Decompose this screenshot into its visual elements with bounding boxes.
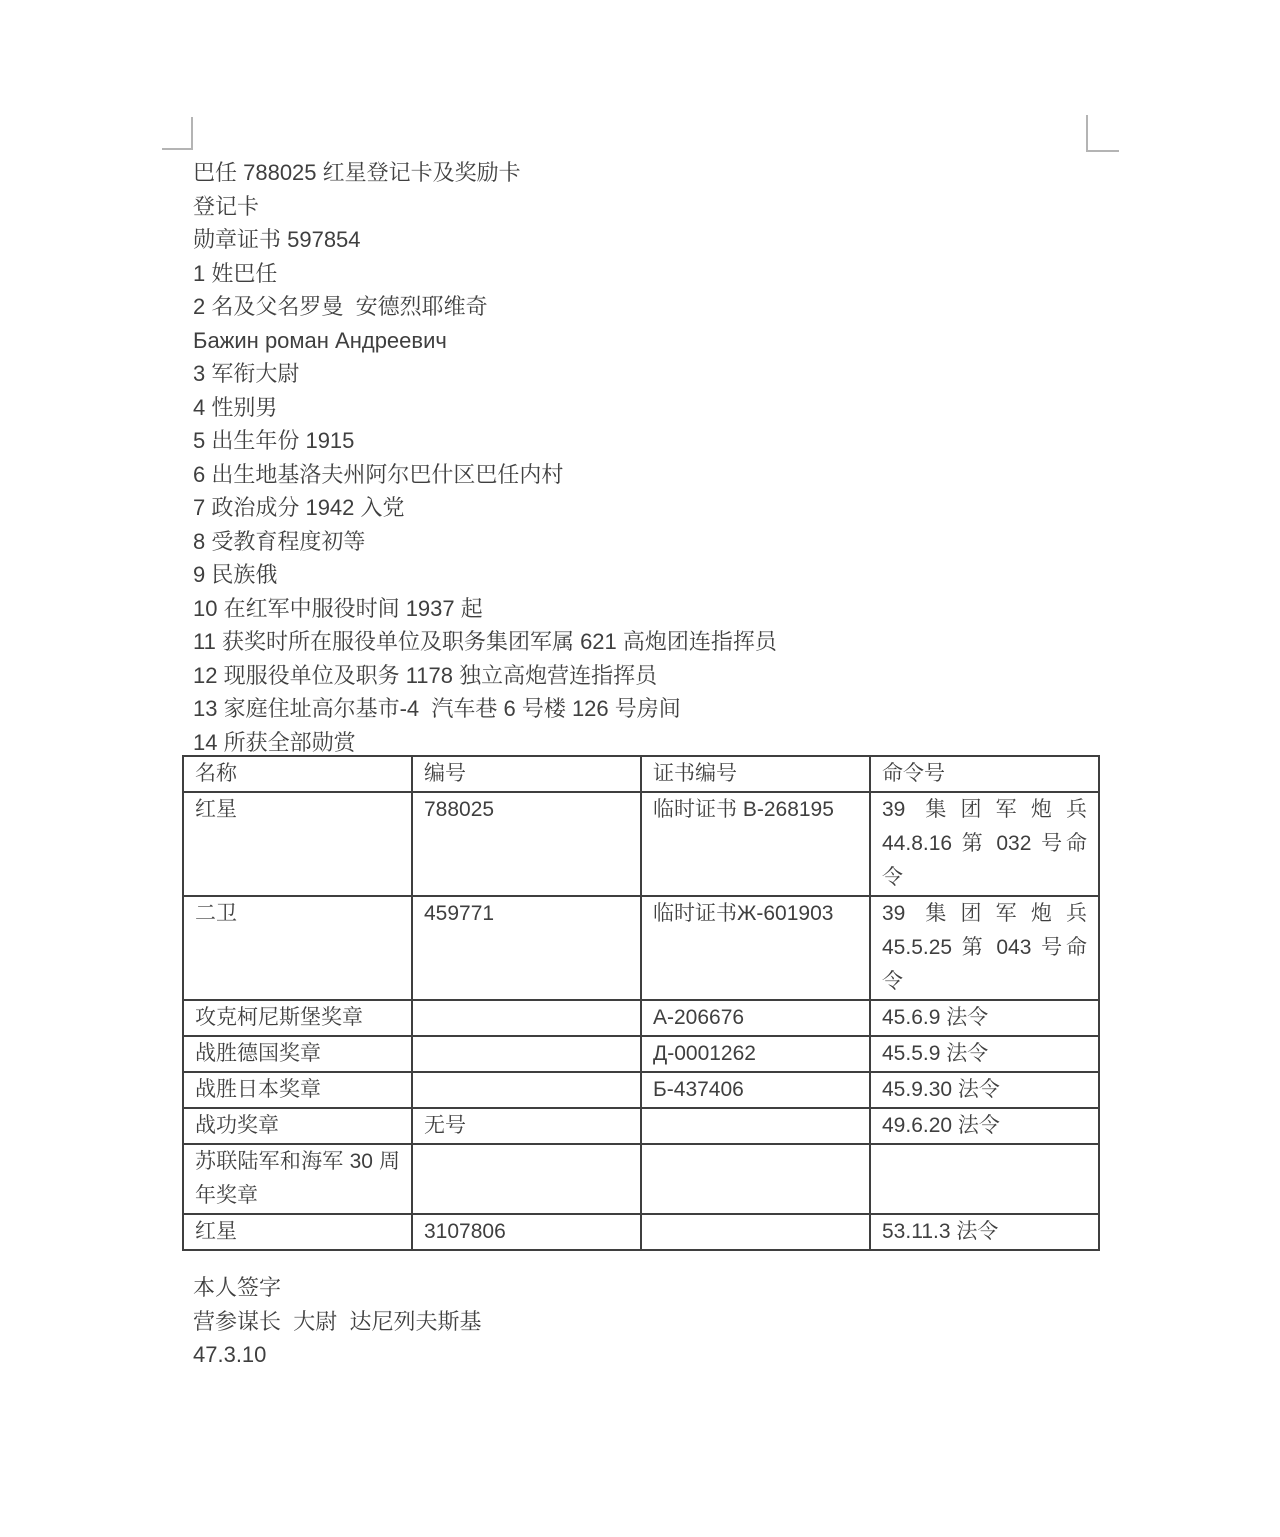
award-order-cell: 45.5.9 法令	[870, 1036, 1099, 1072]
doc-line: 5 出生年份 1915	[193, 424, 1088, 458]
award-name-cell: 红星	[183, 1214, 412, 1250]
doc-line: 13 家庭住址高尔基市-4 汽车巷 6 号楼 126 号房间	[193, 692, 1088, 726]
text-boundary-mark-top-left	[162, 117, 193, 150]
doc-line: 登记卡	[193, 190, 1088, 224]
awards-table-row: 攻克柯尼斯堡奖章 A-206676 45.6.9 法令	[183, 1000, 1099, 1036]
award-name-cell: 战功奖章	[183, 1108, 412, 1144]
award-number-cell: 459771	[412, 896, 641, 1000]
signature-line: 营参谋长 大尉 达尼列夫斯基	[193, 1305, 1088, 1339]
award-name-cell: 战胜日本奖章	[183, 1072, 412, 1108]
award-order-cell	[870, 1144, 1099, 1214]
award-certificate-cell: 临时证书Ж-601903	[641, 896, 870, 1000]
award-certificate-cell	[641, 1108, 870, 1144]
award-name-cell: 红星	[183, 792, 412, 896]
signature-line: 47.3.10	[193, 1338, 1088, 1372]
awards-table-row: 红星 3107806 53.11.3 法令	[183, 1214, 1099, 1250]
awards-table-row: 红星 788025 临时证书 B-268195 39 集团军炮兵 44.8.16…	[183, 792, 1099, 896]
doc-line: 10 在红军中服役时间 1937 起	[193, 592, 1088, 626]
doc-line: 14 所获全部勋赏	[193, 726, 1088, 760]
doc-line: 4 性别男	[193, 391, 1088, 425]
award-certificate-cell	[641, 1214, 870, 1250]
doc-line-title: 巴任 788025 红星登记卡及奖励卡	[193, 156, 1088, 190]
doc-line: 3 军衔大尉	[193, 357, 1088, 391]
awards-table-header-row: 名称 编号 证书编号 命令号	[183, 756, 1099, 792]
doc-line: 12 现服役单位及职务 1178 独立高炮营连指挥员	[193, 659, 1088, 693]
award-name-cell: 二卫	[183, 896, 412, 1000]
doc-line: 7 政治成分 1942 入党	[193, 491, 1088, 525]
doc-line: 11 获奖时所在服役单位及职务集团军属 621 高炮团连指挥员	[193, 625, 1088, 659]
awards-header-name: 名称	[183, 756, 412, 792]
awards-table-row: 战胜德国奖章 Д-0001262 45.5.9 法令	[183, 1036, 1099, 1072]
award-order-cell: 45.9.30 法令	[870, 1072, 1099, 1108]
text-boundary-mark-top-right	[1086, 115, 1119, 152]
award-number-cell	[412, 1144, 641, 1214]
awards-header-number: 编号	[412, 756, 641, 792]
award-name-cell: 攻克柯尼斯堡奖章	[183, 1000, 412, 1036]
doc-line: 2 名及父名罗曼 安德烈耶维奇	[193, 290, 1088, 324]
doc-line-russian-name: Бажин роман Андреевич	[193, 324, 1088, 358]
signature-line: 本人签字	[193, 1271, 1088, 1305]
awards-header-order: 命令号	[870, 756, 1099, 792]
awards-table-row: 战胜日本奖章 Б-437406 45.9.30 法令	[183, 1072, 1099, 1108]
award-order-cell: 53.11.3 法令	[870, 1214, 1099, 1250]
awards-table-row: 苏联陆军和海军 30 周年奖章	[183, 1144, 1099, 1214]
award-certificate-cell: A-206676	[641, 1000, 870, 1036]
awards-header-certificate: 证书编号	[641, 756, 870, 792]
award-certificate-cell: Д-0001262	[641, 1036, 870, 1072]
award-number-cell: 3107806	[412, 1214, 641, 1250]
doc-line: 6 出生地基洛夫州阿尔巴什区巴任内村	[193, 458, 1088, 492]
award-name-cell: 苏联陆军和海军 30 周年奖章	[183, 1144, 412, 1214]
awards-table: 名称 编号 证书编号 命令号 红星 788025 临时证书 B-268195 3…	[182, 755, 1100, 1251]
document-page: 巴任 788025 红星登记卡及奖励卡 登记卡 勋章证书 597854 1 姓巴…	[0, 0, 1280, 1537]
award-number-cell	[412, 1036, 641, 1072]
award-certificate-cell: 临时证书 B-268195	[641, 792, 870, 896]
award-order-cell: 39 集团军炮兵 44.8.16 第 032 号命令	[870, 792, 1099, 896]
document-text-block: 巴任 788025 红星登记卡及奖励卡 登记卡 勋章证书 597854 1 姓巴…	[193, 156, 1088, 759]
award-order-cell: 49.6.20 法令	[870, 1108, 1099, 1144]
doc-line: 9 民族俄	[193, 558, 1088, 592]
award-certificate-cell	[641, 1144, 870, 1214]
doc-line: 1 姓巴任	[193, 257, 1088, 291]
award-number-cell	[412, 1072, 641, 1108]
signature-block: 本人签字 营参谋长 大尉 达尼列夫斯基 47.3.10	[193, 1271, 1088, 1372]
award-order-cell: 45.6.9 法令	[870, 1000, 1099, 1036]
award-number-cell: 无号	[412, 1108, 641, 1144]
award-number-cell: 788025	[412, 792, 641, 896]
award-certificate-cell: Б-437406	[641, 1072, 870, 1108]
award-number-cell	[412, 1000, 641, 1036]
awards-table-row: 战功奖章 无号 49.6.20 法令	[183, 1108, 1099, 1144]
doc-line: 勋章证书 597854	[193, 223, 1088, 257]
awards-table-row: 二卫 459771 临时证书Ж-601903 39 集团军炮兵 45.5.25 …	[183, 896, 1099, 1000]
award-order-cell: 39 集团军炮兵 45.5.25 第 043 号命令	[870, 896, 1099, 1000]
award-name-cell: 战胜德国奖章	[183, 1036, 412, 1072]
doc-line: 8 受教育程度初等	[193, 525, 1088, 559]
